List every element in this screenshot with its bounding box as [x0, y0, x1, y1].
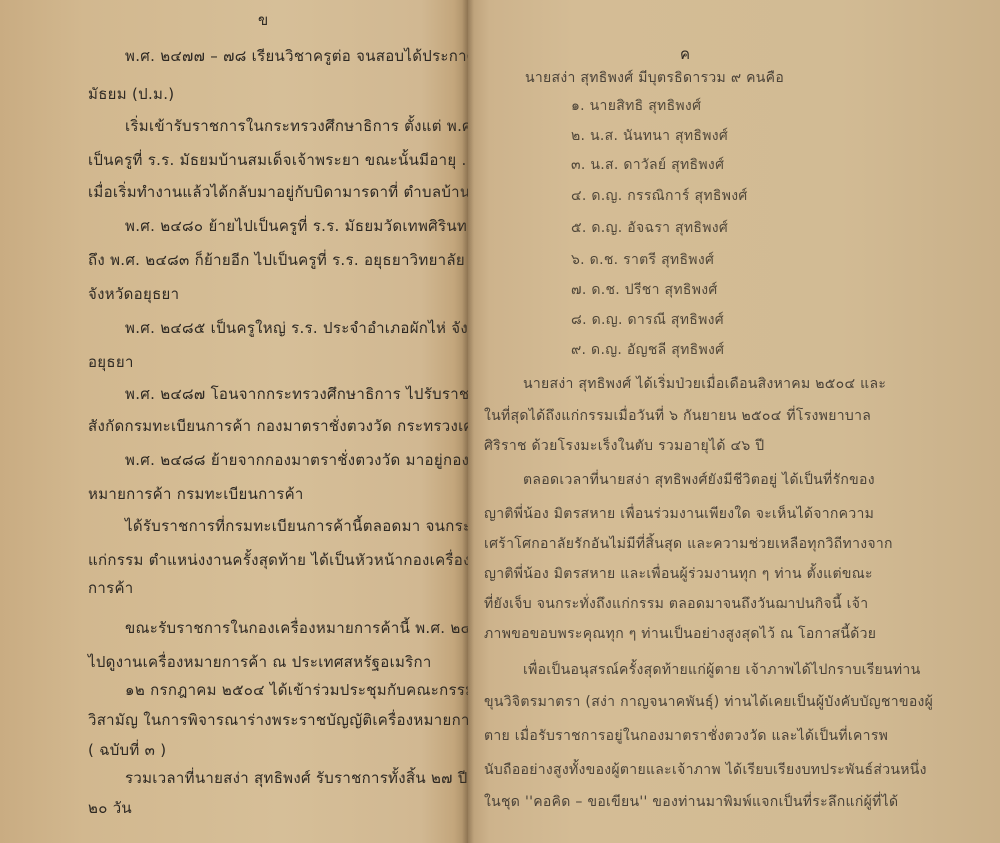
children-intro: นายสง่า สุทธิพงศ์ มีบุตรธิดารวม ๙ คนคือ [525, 68, 784, 88]
left-page: ข พ.ศ. ๒๔๗๗ – ๗๘ เรียนวิชาครูต่อ จนสอบได… [0, 0, 468, 843]
book-spread: ข พ.ศ. ๒๔๗๗ – ๗๘ เรียนวิชาครูต่อ จนสอบได… [0, 0, 1000, 843]
text-line: ๑๒ กรกฎาคม ๒๕๐๔ ได้เข้าร่วมประชุมกับคณะก… [125, 680, 468, 700]
page-number-left: ข [258, 8, 268, 32]
child-item: ๘. ด.ญ. ดารณี สุทธิพงศ์ [571, 310, 724, 330]
text-line: วิสามัญ ในการพิจารณาร่างพระราชบัญญัติเคร… [88, 710, 468, 730]
text-line: พ.ศ. ๒๔๘๐ ย้ายไปเป็นครูที่ ร.ร. มัธยมวัด… [125, 216, 468, 236]
child-item: ๙. ด.ญ. อัญชลี สุทธิพงศ์ [571, 340, 724, 360]
right-page: ค นายสง่า สุทธิพงศ์ มีบุตรธิดารวม ๙ คนคื… [468, 0, 1000, 843]
text-line: เศร้าโศกอาลัยรักอันไม่มีที่สิ้นสุด และคว… [484, 534, 893, 554]
text-line: ตาย เมื่อรับราชการอยู่ในกองมาตราชั่งตวงว… [484, 726, 888, 746]
text-line: ญาติพี่น้อง มิตรสหาย และเพื่อนผู้ร่วมงาน… [484, 564, 873, 584]
text-line: พ.ศ. ๒๔๘๗ โอนจากกระทรวงศึกษาธิการ ไปรับร… [125, 384, 468, 404]
text-line: นับถืออย่างสูงทั้งของผู้ตายและเจ้าภาพ ได… [484, 760, 927, 780]
text-line: ได้รับราชการที่กรมทะเบียนการค้านี้ตลอดมา… [125, 516, 468, 536]
text-line: ในที่สุดได้ถึงแก่กรรมเมื่อวันที่ ๖ กันยา… [484, 406, 871, 426]
text-line: ไปดูงานเครื่องหมายการค้า ณ ประเทศสหรัฐอเ… [88, 652, 432, 672]
text-line: ญาติพี่น้อง มิตรสหาย เพื่อนร่วมงานเพียงใ… [484, 504, 874, 524]
text-line: นายสง่า สุทธิพงศ์ ได้เริ่มป่วยเมื่อเดือน… [523, 374, 886, 394]
child-item: ๗. ด.ช. ปรีชา สุทธิพงศ์ [571, 280, 718, 300]
child-item: ๖. ด.ช. ราตรี สุทธิพงศ์ [571, 250, 714, 270]
text-line: ในชุด ''คอคิด – ขอเขียน'' ของท่านมาพิมพ์… [484, 792, 898, 812]
text-line: ตลอดเวลาที่นายสง่า สุทธิพงศ์ยังมีชีวิตอย… [523, 470, 875, 490]
text-line: ๒๐ วัน [88, 798, 132, 818]
text-line: ขณะรับราชการในกองเครื่องหมายการค้านี้ พ.… [125, 618, 468, 638]
text-line: อยุธยา [88, 352, 134, 372]
text-line: เริ่มเข้ารับราชการในกระทรวงศึกษาธิการ ตั… [125, 116, 468, 136]
text-line: เมื่อเริ่มทำงานแล้วได้กลับมาอยู่กับบิดาม… [88, 182, 468, 202]
text-line: ขุนวิจิตรมาตรา (สง่า กาญจนาคพันธุ์) ท่าน… [484, 692, 933, 712]
child-item: ๒. น.ส. นันทนา สุทธิพงศ์ [571, 126, 728, 146]
text-line: ที่ยังเจ็บ จนกระทั่งถึงแก่กรรม ตลอดมาจนถ… [484, 594, 868, 614]
child-item: ๑. นายสิทธิ สุทธิพงศ์ [571, 96, 701, 116]
text-line: มัธยม (ป.ม.) [88, 84, 174, 104]
child-item: ๕. ด.ญ. อัจฉรา สุทธิพงศ์ [571, 218, 728, 238]
text-line: พ.ศ. ๒๔๘๘ ย้ายจากกองมาตราชั่งตวงวัด มาอย… [125, 450, 468, 470]
text-line: ศิริราช ด้วยโรงมะเร็งในตับ รวมอายุได้ ๔๖… [484, 436, 764, 456]
text-line: เป็นครูที่ ร.ร. มัธยมบ้านสมเด็จเจ้าพระยา… [88, 150, 468, 170]
text-line: พ.ศ. ๒๔๗๗ – ๗๘ เรียนวิชาครูต่อ จนสอบได้ป… [125, 46, 468, 66]
text-line: หมายการค้า กรมทะเบียนการค้า [88, 484, 304, 504]
page-number-right: ค [680, 42, 690, 66]
text-line: การค้า [88, 578, 134, 598]
book-spine-gutter [462, 0, 474, 843]
child-item: ๓. น.ส. ดาวัลย์ สุทธิพงศ์ [571, 155, 724, 175]
text-line: ภาพขอขอบพระคุณทุก ๆ ท่านเป็นอย่างสูงสุดไ… [484, 624, 876, 644]
child-item: ๔. ด.ญ. กรรณิการ์ สุทธิพงศ์ [571, 186, 748, 206]
text-line: ถึง พ.ศ. ๒๔๘๓ ก็ย้ายอีก ไปเป็นครูที่ ร.ร… [88, 250, 465, 270]
text-line: พ.ศ. ๒๔๘๕ เป็นครูใหญ่ ร.ร. ประจำอำเภอผัก… [125, 318, 468, 338]
text-line: ( ฉบับที่ ๓ ) [88, 740, 166, 760]
text-line: สังกัดกรมทะเบียนการค้า กองมาตราชั่งตวงวั… [88, 416, 468, 436]
text-line: รวมเวลาที่นายสง่า สุทธิพงศ์ รับราชการทั้… [125, 768, 468, 788]
text-line: เพื่อเป็นอนุสรณ์ครั้งสุดท้ายแก่ผู้ตาย เจ… [523, 660, 920, 680]
text-line: แก่กรรม ตำแหน่งงานครั้งสุดท้าย ได้เป็นหั… [88, 550, 468, 570]
text-line: จังหวัดอยุธยา [88, 284, 179, 304]
